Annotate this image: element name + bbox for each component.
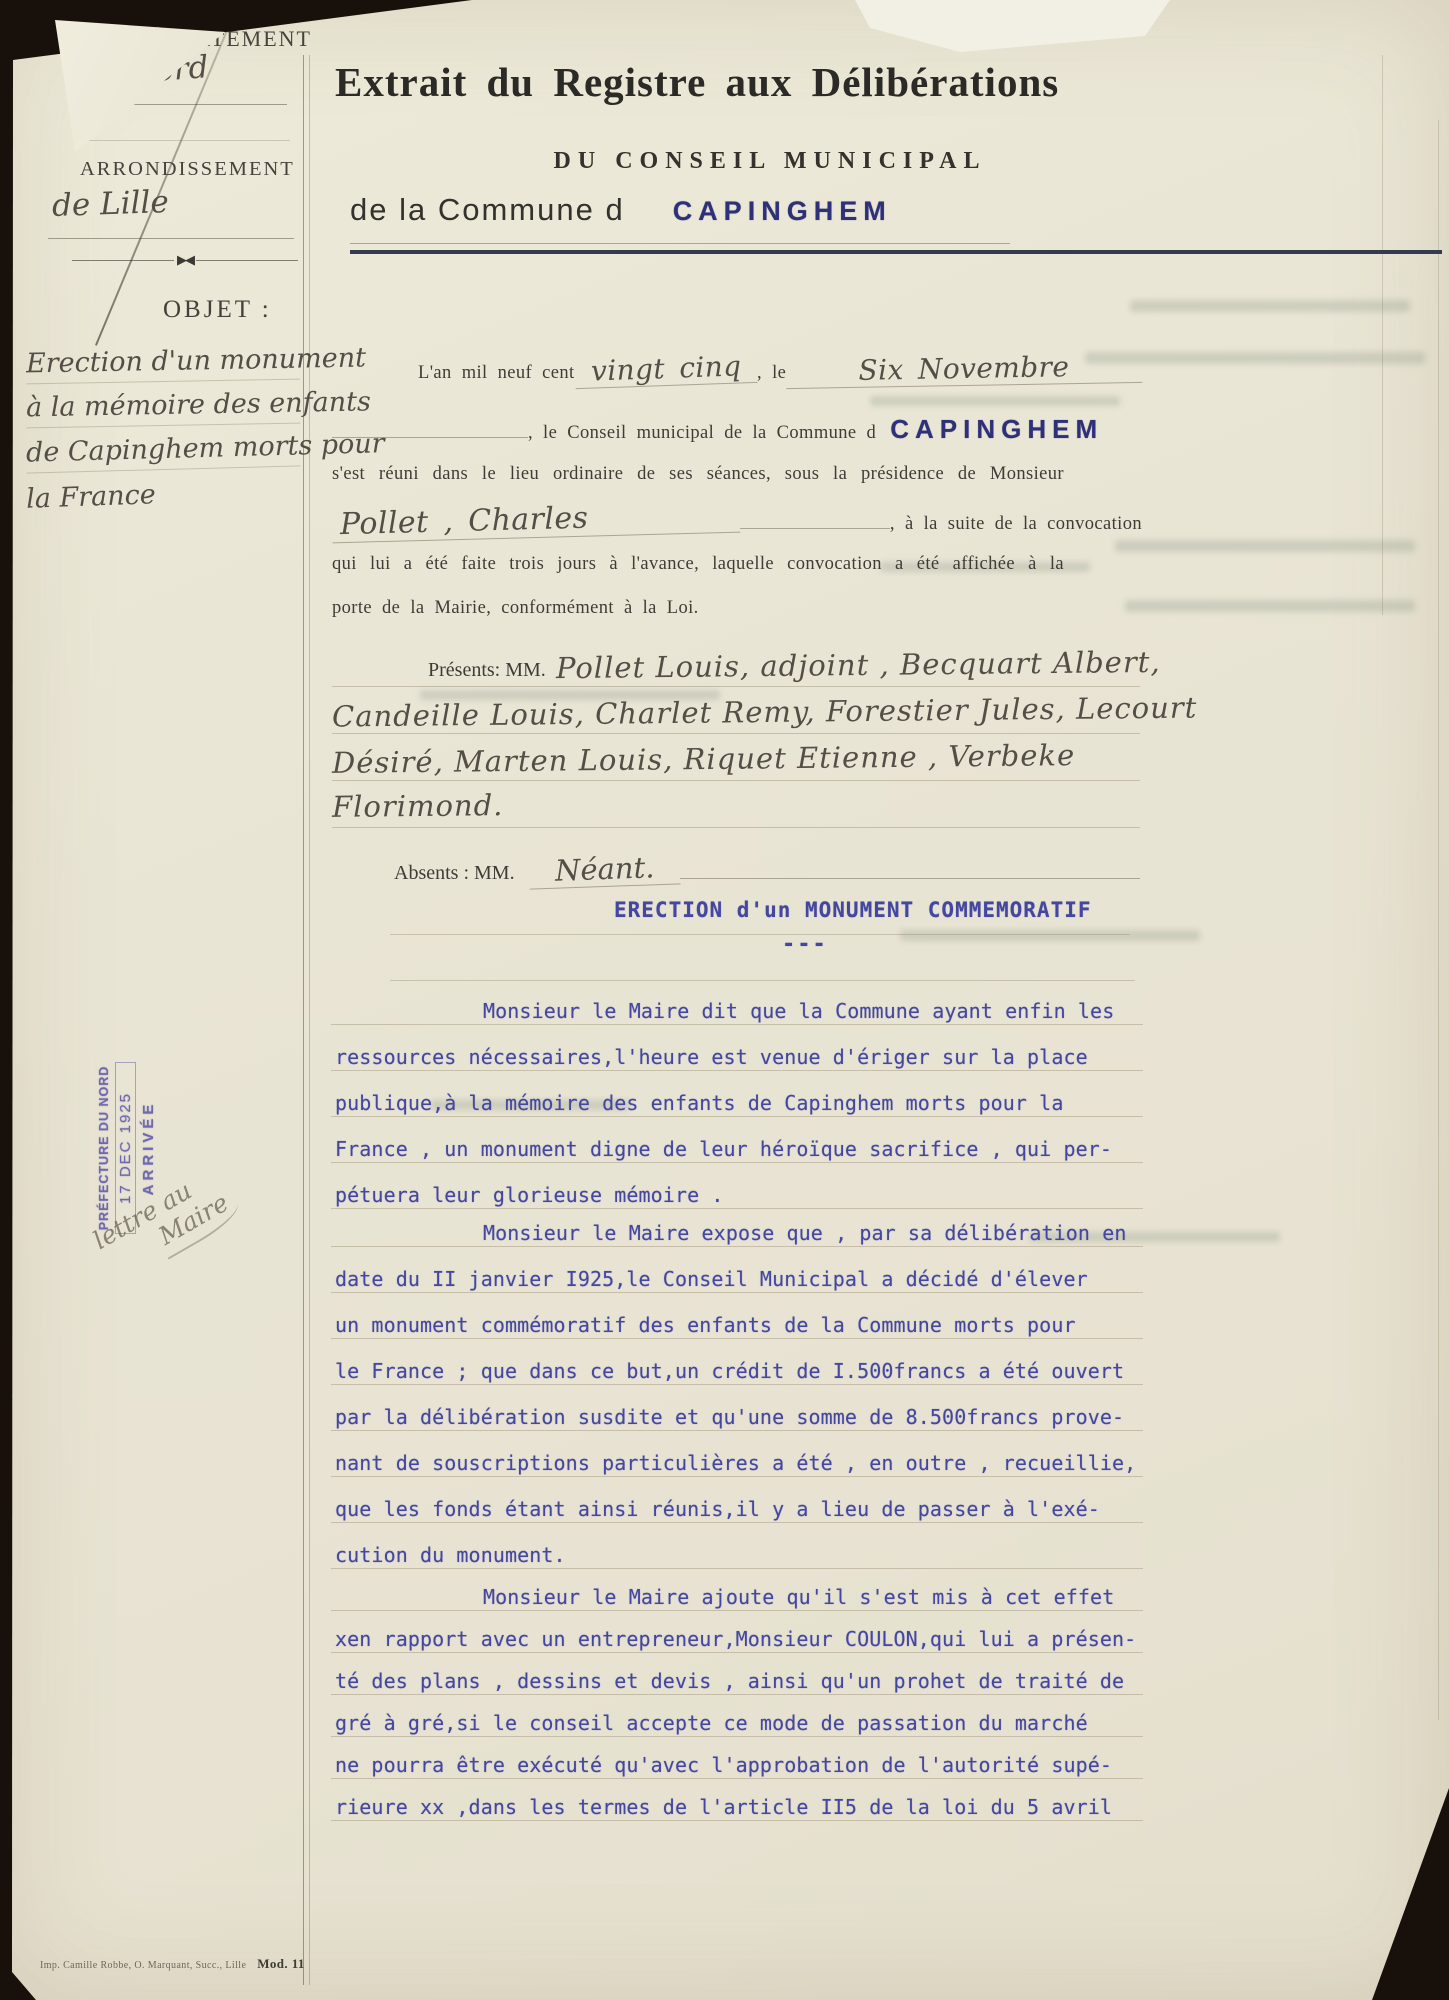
presents-line: Florimond.: [332, 781, 1140, 828]
typed-line: le France ; que dans ce but,un crédit de…: [335, 1346, 1141, 1392]
commune-name-stamp: CAPINGHEM: [890, 414, 1103, 445]
absents-label: Absents : MM.: [332, 862, 529, 885]
prefecture-arrival-stamp: PRÉFECTURE DU NORD 17 DEC 1925 ARRIVÉE: [22, 1068, 232, 1278]
absents-value: Néant.: [528, 849, 681, 889]
preamble-print: , à la suite de la convocation: [890, 514, 1142, 535]
objet-line: à la mémoire des enfants: [26, 380, 301, 429]
presents-names: Candeille Louis, Charlet Remy, Forestier…: [332, 690, 1198, 733]
form-line: [88, 140, 290, 141]
printer-imprint: Imp. Camille Robbe, O. Marquant, Succ., …: [40, 1956, 305, 1972]
objet-text: Erection d'un monument à la mémoire des …: [26, 338, 300, 514]
objet-label: OBJET :: [163, 296, 272, 324]
page-edge-line: [1382, 55, 1383, 615]
typed-line: que les fonds étant ainsi réunis,il y a …: [335, 1484, 1141, 1530]
preamble-line-1: L'an mil neuf cent vingt cinq , le Six N…: [332, 352, 1142, 386]
page-edge-line: [1438, 120, 1439, 1720]
deliberation-heading: ERECTION d'un MONUMENT COMMEMORATIF: [614, 898, 1092, 922]
section-divider: ▶◀: [72, 252, 298, 268]
presents-line: Candeille Louis, Charlet Remy, Forestier…: [332, 687, 1140, 734]
preamble-line-2: , le Conseil municipal de la Commune d C…: [332, 414, 1142, 445]
typed-line: cution du monument.: [335, 1530, 1141, 1576]
typed-line: Monsieur le Maire dit que la Commune aya…: [335, 986, 1141, 1032]
typed-line: France , un monument digne de leur héroï…: [335, 1124, 1141, 1170]
bleed-through-mark: [1125, 600, 1415, 612]
printer-imprint-text: Imp. Camille Robbe, O. Marquant, Succ., …: [40, 1960, 246, 1971]
president-name-handwritten: Pollet , Charles: [332, 497, 741, 544]
heading-dashes: ---: [782, 932, 828, 957]
bleed-through-mark: [1115, 540, 1415, 552]
typed-line: nant de souscriptions particulières a ét…: [335, 1438, 1141, 1484]
typed-line: un monument commémoratif des enfants de …: [335, 1300, 1141, 1346]
typed-line: gré à gré,si le conseil accepte ce mode …: [335, 1702, 1141, 1744]
absents-line: Absents : MM. Néant.: [332, 852, 1140, 887]
preamble-print: L'an mil neuf cent: [418, 363, 575, 384]
typed-line: ressources nécessaires,l'heure est venue…: [335, 1032, 1141, 1078]
arrondissement-label: ARRONDISSEMENT: [80, 158, 295, 181]
presents-names: Florimond.: [332, 788, 504, 824]
bleed-through-mark: [870, 396, 1120, 406]
typed-line: Monsieur le Maire expose que , par sa dé…: [335, 1208, 1141, 1254]
typed-line: té des plans , dessins et devis , ainsi …: [335, 1660, 1141, 1702]
bleed-through-mark: [900, 930, 1200, 941]
presents-line: Présents: MM. Pollet Louis, adjoint , Be…: [332, 640, 1140, 687]
form-line: [48, 238, 294, 239]
typed-paragraph-3: Monsieur le Maire ajoute qu'il s'est mis…: [335, 1576, 1141, 1828]
presents-line: Désiré, Marten Louis, Riquet Etienne , V…: [332, 734, 1140, 781]
typed-paragraph-1: Monsieur le Maire dit que la Commune aya…: [335, 986, 1141, 1216]
year-handwritten: vingt cinq: [574, 349, 758, 389]
presents-label: Présents: MM.: [332, 659, 556, 682]
prefecture-stamp-date: 17 DEC 1925: [115, 1062, 136, 1234]
preamble-line-3: s'est réuni dans le lieu ordinaire de se…: [332, 464, 1064, 485]
typed-line: xen rapport avec un entrepreneur,Monsieu…: [335, 1618, 1141, 1660]
document-title: Extrait du Registre aux Délibérations: [335, 58, 1135, 106]
arrondissement-value: de Lille: [51, 184, 169, 224]
typed-line: Monsieur le Maire ajoute qu'il s'est mis…: [335, 1576, 1141, 1618]
attendance-block: Présents: MM. Pollet Louis, adjoint , Be…: [332, 640, 1140, 828]
typed-line: publique,à la mémoire des enfants de Cap…: [335, 1078, 1141, 1124]
bleed-through-mark: [1130, 300, 1410, 312]
model-number: Mod. 11: [257, 1956, 305, 1971]
presents-names: Pollet Louis, adjoint , Becquart Albert,: [556, 645, 1161, 685]
prefecture-stamp-line3: ARRIVÉE: [140, 1048, 157, 1248]
commune-prefix: de la Commune d: [350, 192, 625, 228]
typed-line: par la délibération susdite et qu'une so…: [335, 1392, 1141, 1438]
form-line: [390, 934, 1130, 935]
typed-paragraph-2: Monsieur le Maire expose que , par sa dé…: [335, 1208, 1141, 1576]
form-line: [390, 980, 1135, 981]
preamble-line-5: qui lui a été faite trois jours à l'avan…: [332, 554, 1064, 575]
divider-glyph: ▶◀: [174, 252, 196, 268]
commune-line: de la Commune d CAPINGHEM: [350, 192, 892, 228]
form-line: [350, 243, 1010, 244]
preamble-line-6: porte de la Mairie, conformément à la Lo…: [332, 598, 1142, 619]
header-rule: [350, 250, 1442, 254]
date-handwritten: Six Novembre: [786, 349, 1142, 389]
document-subtitle: DU CONSEIL MUNICIPAL: [335, 148, 1135, 175]
objet-line: Erection d'un monument: [26, 336, 301, 385]
preamble-line-4: Pollet , Charles , à la suite de la conv…: [332, 502, 1142, 538]
typed-line: rieure xx ,dans les termes de l'article …: [335, 1786, 1141, 1828]
presents-names: Désiré, Marten Louis, Riquet Etienne , V…: [332, 738, 1075, 780]
typed-line: ne pourra être exécuté qu'avec l'approba…: [335, 1744, 1141, 1786]
scanned-document-page: DÉPARTEMENT Nord ARRONDISSEMENT de Lille…: [0, 0, 1449, 2000]
preamble-print: , le Conseil municipal de la Commune d: [528, 423, 876, 444]
typed-line: date du II janvier I925,le Conseil Munic…: [335, 1254, 1141, 1300]
objet-line: la France: [25, 465, 300, 519]
commune-name-stamp: CAPINGHEM: [673, 196, 892, 227]
preamble-print: , le: [757, 363, 786, 384]
prefecture-stamp-line1: PRÉFECTURE DU NORD: [97, 1048, 111, 1248]
